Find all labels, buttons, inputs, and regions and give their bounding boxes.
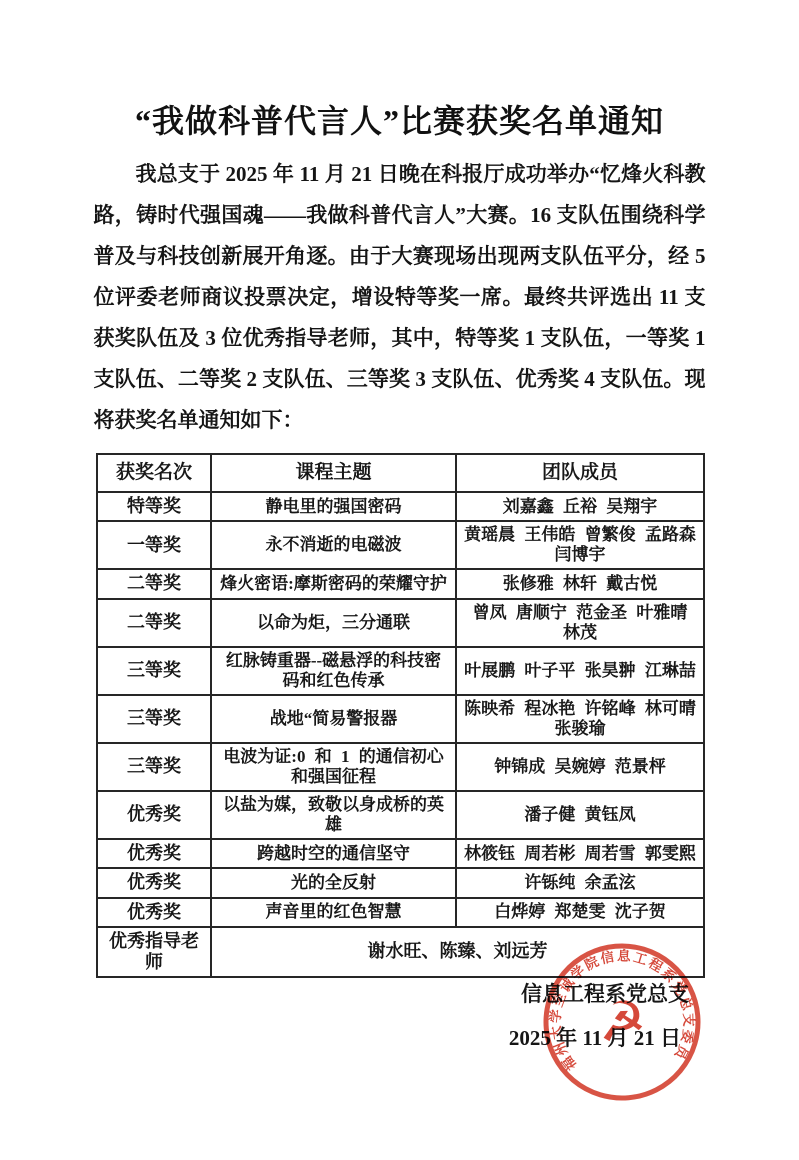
advisor-label-cell: 优秀指导老师	[97, 927, 211, 977]
column-header-members: 团队成员	[456, 454, 704, 492]
members-cell: 许铄纯 余孟泫	[456, 868, 704, 897]
table-row: 一等奖 永不消逝的电磁波 黄瑶晨 王伟皓 曾繁俊 孟路森 闫博宇	[97, 521, 704, 569]
award-cell: 二等奖	[97, 599, 211, 647]
award-cell: 一等奖	[97, 521, 211, 569]
topic-cell: 以命为炬，三分通联	[211, 599, 456, 647]
members-cell: 潘子健 黄钰凤	[456, 791, 704, 839]
award-cell: 优秀奖	[97, 791, 211, 839]
stamp-seal-graphic: 福州大学至诚学院信息工程系党总支委员会 ☭	[533, 933, 711, 1111]
members-cell: 叶展鹏 叶子平 张昊翀 江琳喆	[456, 647, 704, 695]
award-cell: 优秀奖	[97, 898, 211, 927]
table-row: 二等奖 以命为炬，三分通联 曾凤 唐顺宁 范金圣 叶雅晴 林茂	[97, 599, 704, 647]
award-cell: 优秀奖	[97, 839, 211, 868]
column-header-award: 获奖名次	[97, 454, 211, 492]
table-row: 优秀奖 跨越时空的通信坚守 林筱钰 周若彬 周若雪 郭雯熙	[97, 839, 704, 868]
topic-cell: 烽火密语:摩斯密码的荣耀守护	[211, 569, 456, 598]
table-row: 三等奖 战地“简易警报器 陈映希 程冰艳 许铭峰 林可晴 张骏瑜	[97, 695, 704, 743]
award-cell: 三等奖	[97, 647, 211, 695]
page-title: “我做科普代言人”比赛获奖名单通知	[0, 0, 799, 142]
members-cell: 曾凤 唐顺宁 范金圣 叶雅晴 林茂	[456, 599, 704, 647]
award-cell: 三等奖	[97, 695, 211, 743]
members-cell: 陈映希 程冰艳 许铭峰 林可晴 张骏瑜	[456, 695, 704, 743]
topic-cell: 以盐为媒，致敬以身成桥的英雄	[211, 791, 456, 839]
notice-body-paragraph: 我总支于 2025 年 11 月 21 日晚在科报厅成功举办“忆烽火科教路，铸时…	[94, 154, 706, 441]
members-cell: 黄瑶晨 王伟皓 曾繁俊 孟路森 闫博宇	[456, 521, 704, 569]
members-cell: 张修雅 林轩 戴古悦	[456, 569, 704, 598]
members-cell: 林筱钰 周若彬 周若雪 郭雯熙	[456, 839, 704, 868]
award-cell: 二等奖	[97, 569, 211, 598]
topic-cell: 跨越时空的通信坚守	[211, 839, 456, 868]
award-cell: 特等奖	[97, 492, 211, 521]
members-cell: 刘嘉鑫 丘裕 吴翔宇	[456, 492, 704, 521]
table-header-row: 获奖名次 课程主题 团队成员	[97, 454, 704, 492]
awards-table: 获奖名次 课程主题 团队成员 特等奖 静电里的强国密码 刘嘉鑫 丘裕 吴翔宇 一…	[96, 453, 705, 978]
topic-cell: 永不消逝的电磁波	[211, 521, 456, 569]
topic-cell: 红脉铸重器--磁悬浮的科技密码和红色传承	[211, 647, 456, 695]
topic-cell: 光的全反射	[211, 868, 456, 897]
award-cell: 优秀奖	[97, 868, 211, 897]
table-row: 优秀奖 以盐为媒，致敬以身成桥的英雄 潘子健 黄钰凤	[97, 791, 704, 839]
hammer-sickle-icon: ☭	[595, 988, 649, 1055]
table-row: 二等奖 烽火密语:摩斯密码的荣耀守护 张修雅 林轩 戴古悦	[97, 569, 704, 598]
award-cell: 三等奖	[97, 743, 211, 791]
topic-cell: 电波为证:0 和 1 的通信初心和强国征程	[211, 743, 456, 791]
table-row: 优秀奖 光的全反射 许铄纯 余孟泫	[97, 868, 704, 897]
topic-cell: 声音里的红色智慧	[211, 898, 456, 927]
members-cell: 钟锦成 吴婉婷 范景枰	[456, 743, 704, 791]
table-row: 三等奖 电波为证:0 和 1 的通信初心和强国征程 钟锦成 吴婉婷 范景枰	[97, 743, 704, 791]
table-row: 特等奖 静电里的强国密码 刘嘉鑫 丘裕 吴翔宇	[97, 492, 704, 521]
topic-cell: 静电里的强国密码	[211, 492, 456, 521]
notice-document-page: “我做科普代言人”比赛获奖名单通知 我总支于 2025 年 11 月 21 日晚…	[0, 0, 799, 1160]
topic-cell: 战地“简易警报器	[211, 695, 456, 743]
table-row: 优秀奖 声音里的红色智慧 白烨婷 郑楚雯 沈子贺	[97, 898, 704, 927]
members-cell: 白烨婷 郑楚雯 沈子贺	[456, 898, 704, 927]
official-red-stamp: 福州大学至诚学院信息工程系党总支委员会 ☭	[533, 933, 711, 1111]
column-header-topic: 课程主题	[211, 454, 456, 492]
table-row: 三等奖 红脉铸重器--磁悬浮的科技密码和红色传承 叶展鹏 叶子平 张昊翀 江琳喆	[97, 647, 704, 695]
